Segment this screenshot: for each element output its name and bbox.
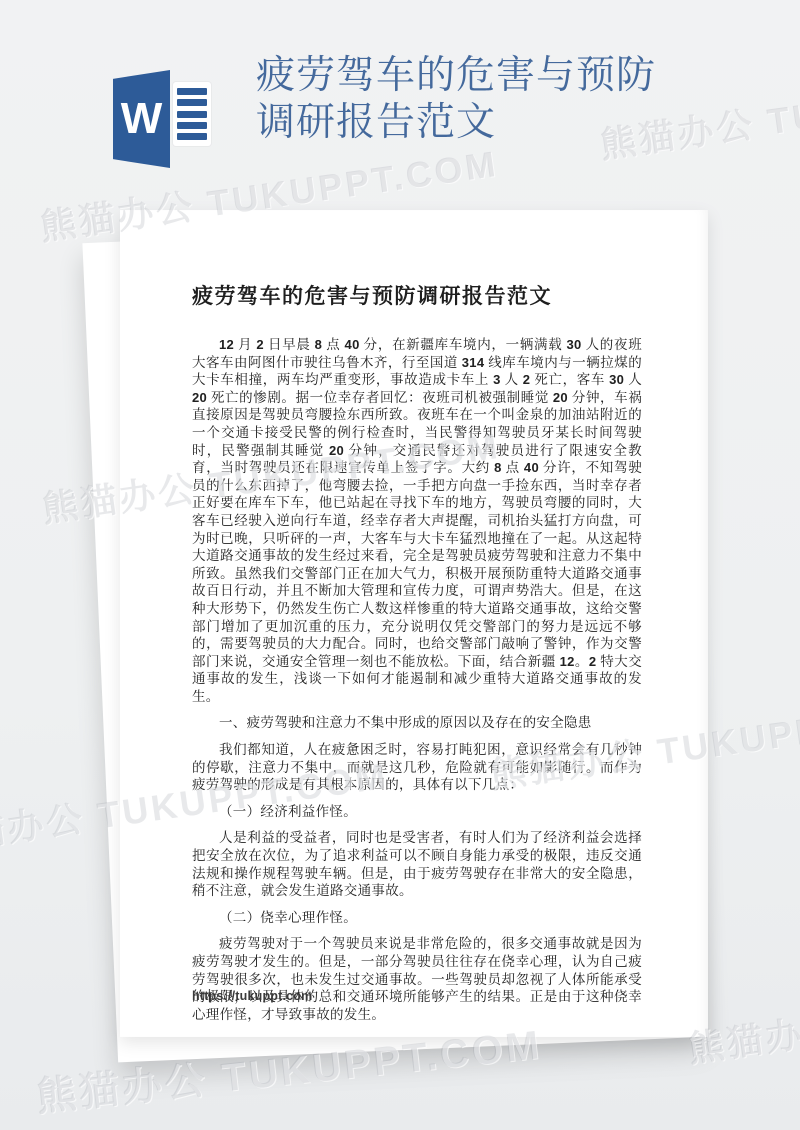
document-paragraph: 12 月 2 日早晨 8 点 40 分，在新疆库车境内，一辆满载 30 人的夜班… [192, 336, 642, 705]
word-document-icon: W [113, 70, 211, 168]
word-icon-stripe [177, 111, 207, 118]
preview-title: 疲劳驾车的危害与预防 调研报告范文 [256, 52, 776, 146]
section-heading: （二）侥幸心理作怪。 [192, 909, 642, 927]
section-heading: （一）经济利益作怪。 [192, 803, 642, 821]
document-sheet: 疲劳驾车的危害与预防调研报告范文 12 月 2 日早晨 8 点 40 分，在新疆… [120, 210, 708, 1037]
word-icon-stripe [177, 122, 207, 129]
preview-title-line1: 疲劳驾车的危害与预防 [256, 52, 776, 99]
word-icon-stripe [177, 133, 207, 140]
preview-header: W 疲劳驾车的危害与预防 调研报告范文 [0, 0, 800, 190]
document-title: 疲劳驾车的危害与预防调研报告范文 [192, 280, 642, 310]
document-paragraph: 疲劳驾驶对于一个驾驶员来说是非常危险的，很多交通事故就是因为疲劳驾驶才发生的。但… [192, 935, 642, 1023]
word-icon-page [173, 82, 211, 146]
preview-title-line2: 调研报告范文 [256, 99, 776, 146]
page-background: W 疲劳驾车的危害与预防 调研报告范文 疲劳驾车的危害与预防调研报告范文 12 … [0, 0, 800, 1130]
word-icon-plate: W [113, 70, 170, 168]
word-icon-stripe [177, 88, 207, 95]
document-paragraph: 我们都知道，人在疲惫困乏时，容易打盹犯困，意识经常会有几秒钟的停歇，注意力不集中… [192, 741, 642, 794]
word-icon-stripe [177, 99, 207, 106]
word-icon-letter: W [121, 97, 163, 141]
document-paragraph: 人是利益的受益者，同时也是受害者，有时人们为了经济利益会选择把安全放在次位，为了… [192, 829, 642, 899]
section-heading: 一、疲劳驾驶和注意力不集中形成的原因以及存在的安全隐患 [192, 714, 642, 732]
footer-source-link[interactable]: https://tukuppt.com [192, 989, 312, 1003]
